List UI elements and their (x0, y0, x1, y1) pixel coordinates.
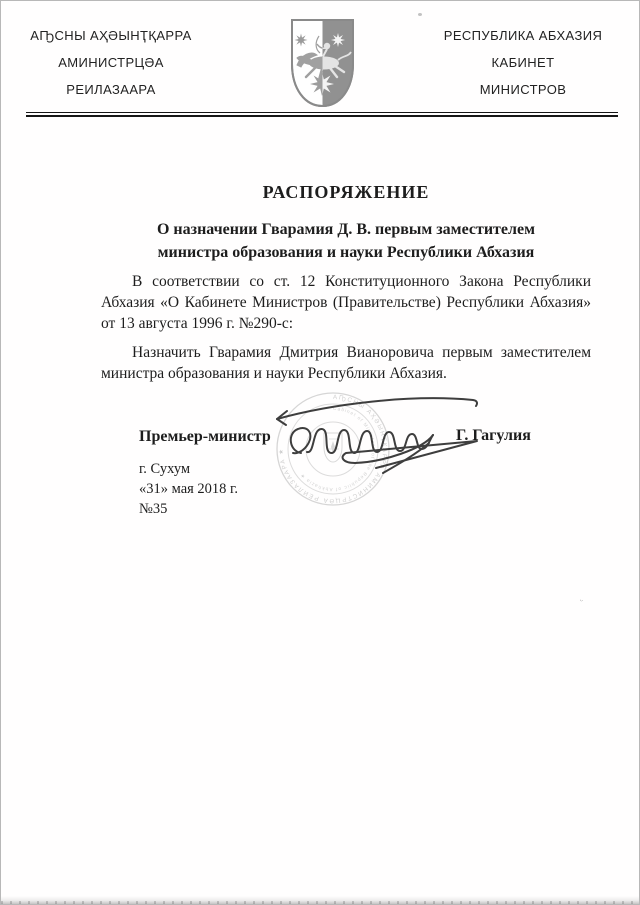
footer-number: №35 (139, 501, 167, 518)
document-page: АҦСНЫ АҲӘЫНҬҚАРРА АМИНИСТРЦӘА РЕИЛАЗААРА (0, 0, 640, 905)
letterhead-left-line: АМИНИСТРЦӘА (22, 49, 200, 76)
coat-of-arms-icon (289, 18, 356, 108)
document-subject: О назначении Гварамия Д. В. первым замес… (101, 218, 591, 264)
letterhead-left-line: РЕИЛАЗААРА (22, 76, 200, 103)
letterhead-left-line: АҦСНЫ АҲӘЫНҬҚАРРА (22, 22, 200, 49)
signature-role: Премьер-министр (139, 428, 271, 446)
letterhead-left: АҦСНЫ АҲӘЫНҬҚАРРА АМИНИСТРЦӘА РЕИЛАЗААРА (22, 22, 200, 103)
letterhead-right: РЕСПУБЛИКА АБХАЗИЯ КАБИНЕТ МИНИСТРОВ (434, 22, 612, 103)
scan-speck (418, 13, 422, 16)
footer-place: г. Сухум (139, 461, 190, 478)
scan-edge-shadow (1, 896, 639, 904)
subject-line: министра образования и науки Республики … (101, 241, 591, 264)
letterhead-right-line: КАБИНЕТ (434, 49, 612, 76)
subject-line: О назначении Гварамия Д. В. первым замес… (101, 218, 591, 241)
footer-date: «31» мая 2018 г. (139, 481, 238, 498)
document-title: РАСПОРЯЖЕНИЕ (101, 182, 591, 203)
letterhead-right-line: РЕСПУБЛИКА АБХАЗИЯ (434, 22, 612, 49)
signature-scribble (261, 391, 489, 506)
body-paragraph: В соответствии со ст. 12 Конституционног… (101, 271, 591, 334)
body-paragraph: Назначить Гварамия Дмитрия Вианоровича п… (101, 342, 591, 384)
letterhead-divider-rule (26, 112, 618, 117)
scan-speck: ᵕ (580, 598, 588, 604)
signature-name: Г. Гагулия (456, 427, 531, 445)
letterhead-right-line: МИНИСТРОВ (434, 76, 612, 103)
